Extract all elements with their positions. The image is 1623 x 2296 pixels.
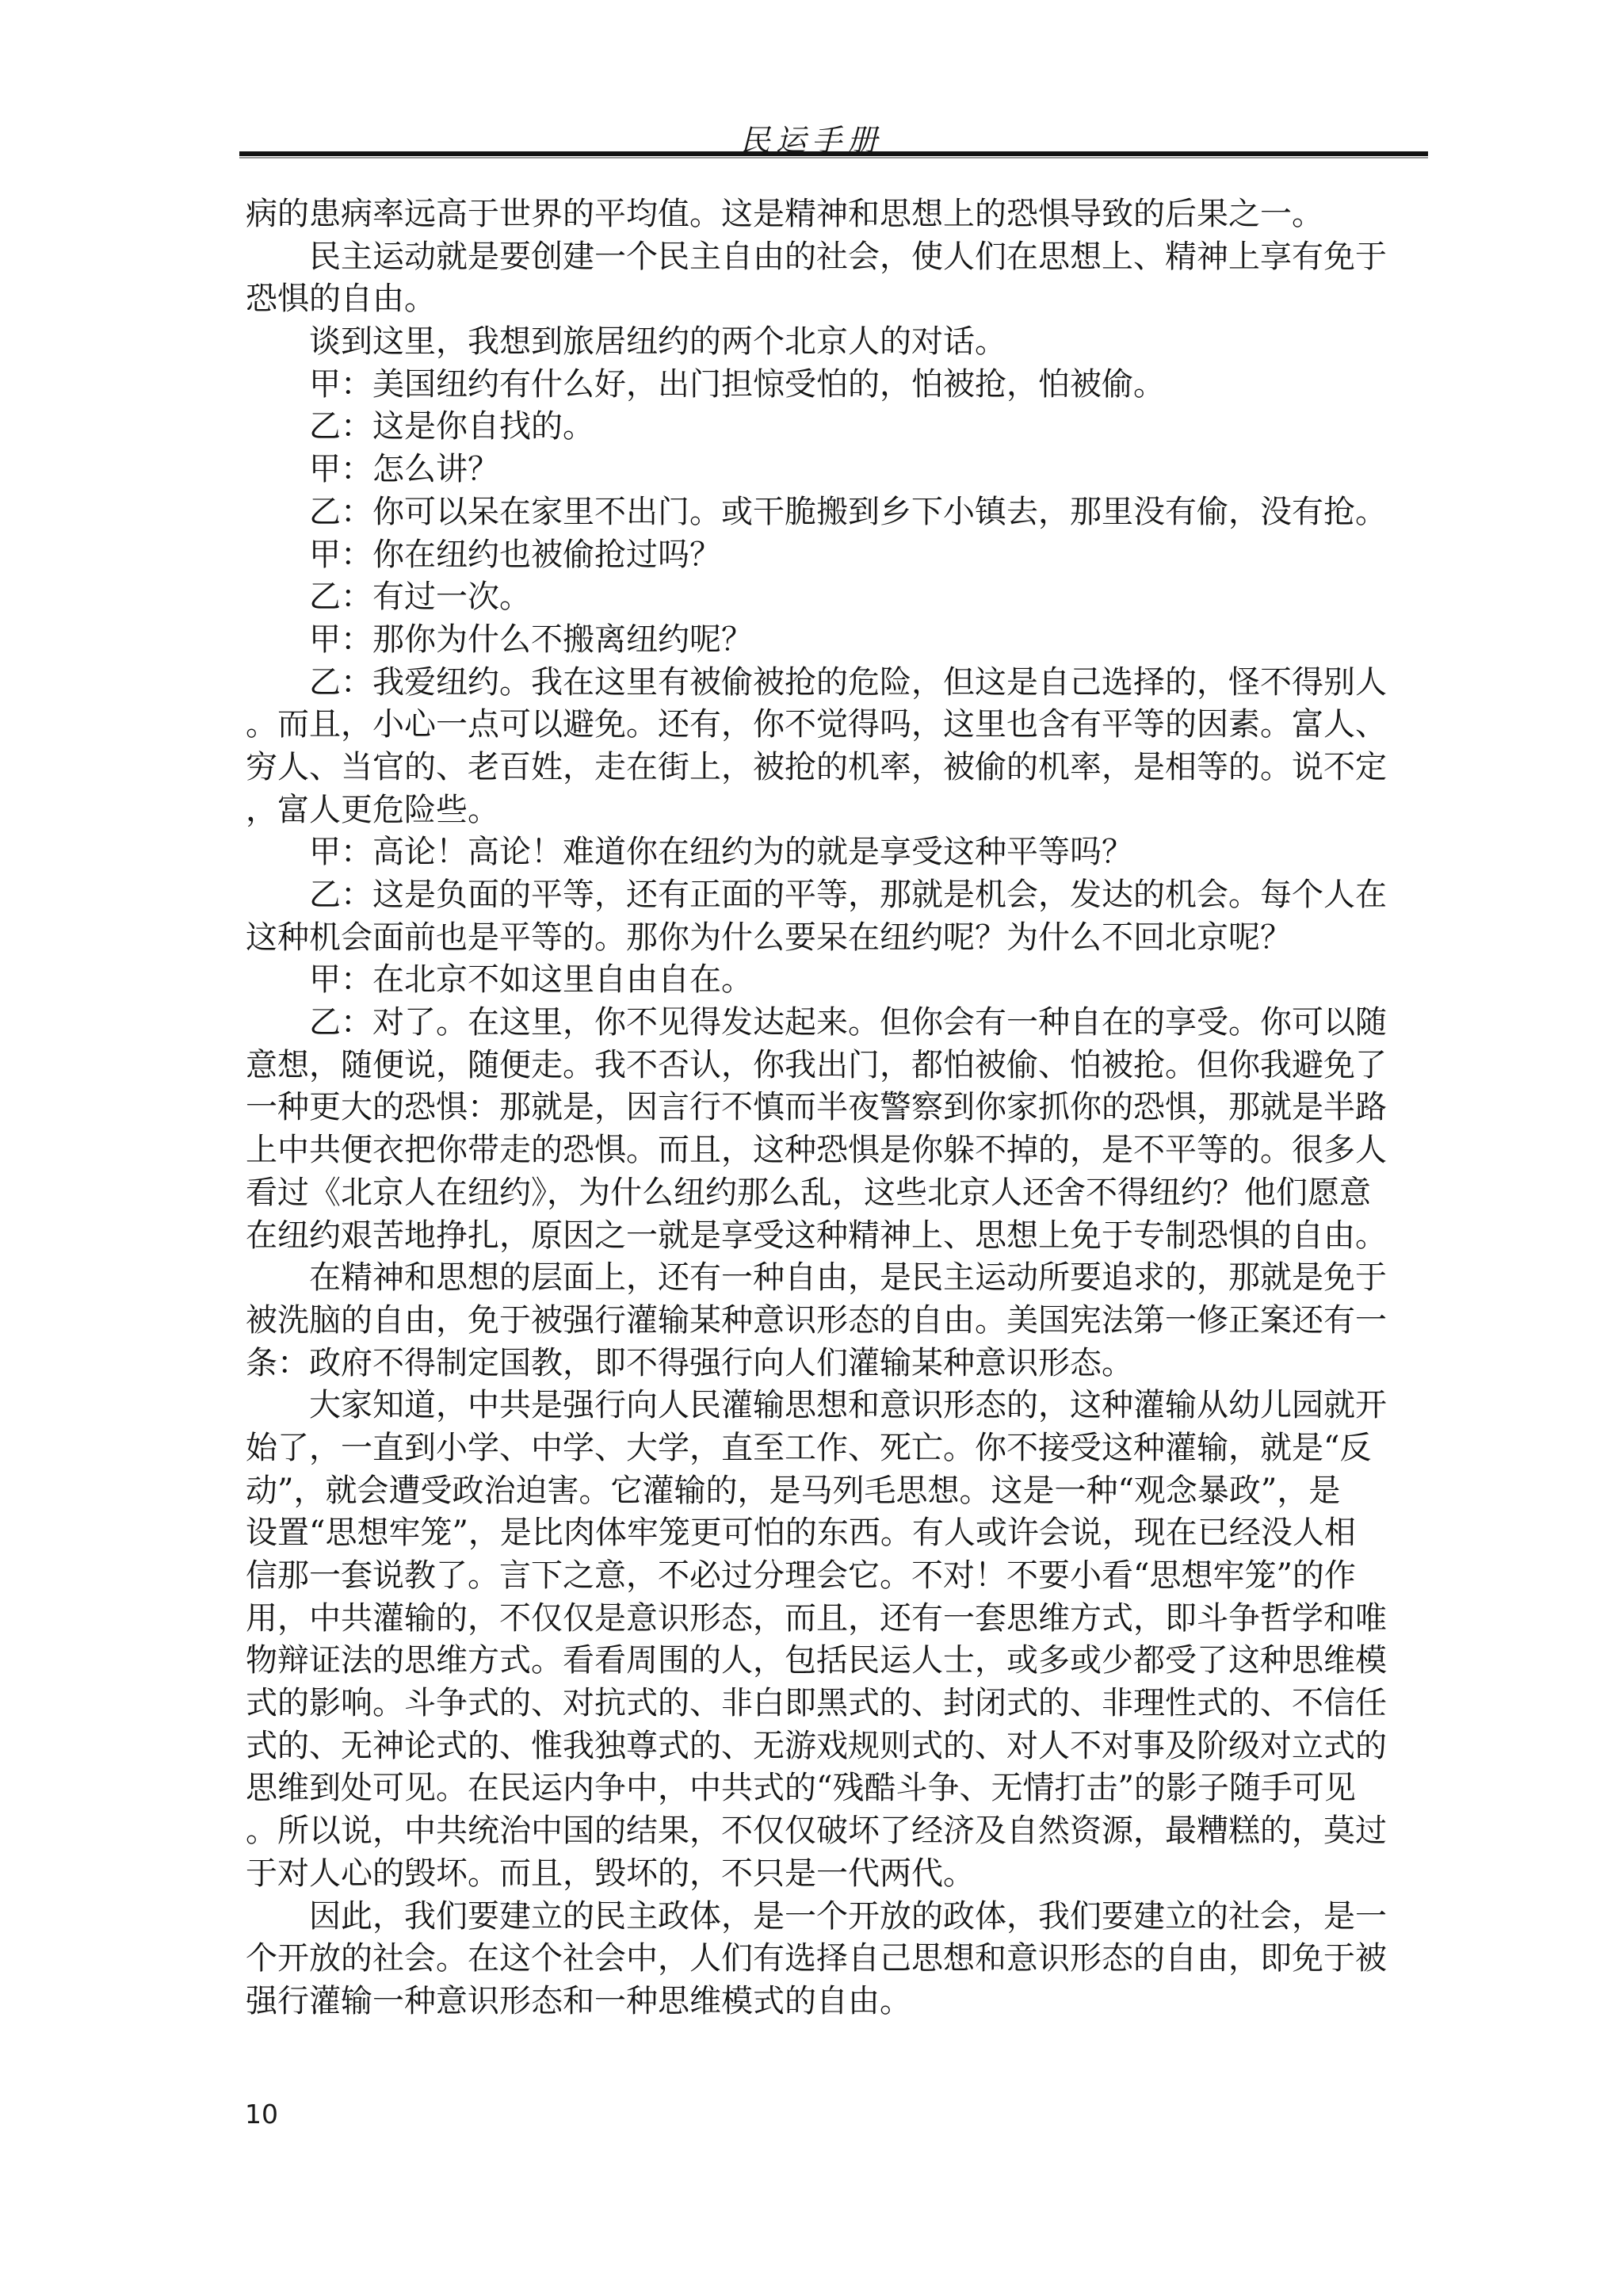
text-line: 用，中共灌输的，不仅仅是意识形态，而且，还有一套思维方式，即斗争哲学和唯: [246, 1598, 1385, 1641]
page-number: 10: [245, 2099, 278, 2130]
text-line: 甲：高论！高论！难道你在纽约为的就是享受这种平等吗？: [246, 831, 1385, 874]
text-line: 。所以说，中共统治中国的结果，不仅仅破坏了经济及自然资源，最糟糕的，莫过: [246, 1810, 1385, 1853]
text-line: 因此，我们要建立的民主政体，是一个开放的政体，我们要建立的社会，是一: [246, 1896, 1385, 1939]
text-line: 恐惧的自由。: [246, 278, 1385, 321]
text-line: 乙：我爱纽约。我在这里有被偷被抢的危险，但这是自己选择的，怪不得别人: [246, 662, 1385, 705]
text-line: 病的患病率远高于世界的平均值。这是精神和思想上的恐惧导致的后果之一。: [246, 193, 1385, 236]
text-line: 甲：你在纽约也被偷抢过吗？: [246, 534, 1385, 577]
text-line: 乙：有过一次。: [246, 576, 1385, 619]
text-line: 这种机会面前也是平等的。那你为什么要呆在纽约呢？为什么不回北京呢？: [246, 917, 1385, 960]
text-line: 民主运动就是要创建一个民主自由的社会，使人们在思想上、精神上享有免于: [246, 236, 1385, 279]
text-line: 乙：你可以呆在家里不出门。或干脆搬到乡下小镇去，那里没有偷，没有抢。: [246, 491, 1385, 534]
text-line: ，富人更危险些。: [246, 789, 1385, 832]
text-line: 于对人心的毁坏。而且，毁坏的，不只是一代两代。: [246, 1853, 1385, 1896]
text-line: 信那一套说教了。言下之意，不必过分理会它。不对！不要小看“思想牢笼”的作: [246, 1555, 1385, 1598]
text-line: 意想，随便说，随便走。我不否认，你我出门，都怕被偷、怕被抢。但你我避免了: [246, 1045, 1385, 1087]
header-divider-thick-line: [239, 151, 1428, 156]
text-line: 谈到这里，我想到旅居纽约的两个北京人的对话。: [246, 321, 1385, 364]
text-line: 乙：这是你自找的。: [246, 406, 1385, 449]
text-line: 式的、无神论式的、惟我独尊式的、无游戏规则式的、对人不对事及阶级对立式的: [246, 1725, 1385, 1768]
body-text: 病的患病率远高于世界的平均值。这是精神和思想上的恐惧导致的后果之一。民主运动就是…: [246, 193, 1385, 2023]
text-line: 在精神和思想的层面上，还有一种自由，是民主运动所要追求的，那就是免于: [246, 1257, 1385, 1300]
text-line: 甲：怎么讲？: [246, 449, 1385, 491]
text-line: 个开放的社会。在这个社会中，人们有选择自己思想和意识形态的自由，即免于被: [246, 1938, 1385, 1981]
text-line: 乙：这是负面的平等，还有正面的平等，那就是机会，发达的机会。每个人在: [246, 874, 1385, 917]
header-divider-thin-line: [239, 157, 1428, 159]
text-line: 大家知道，中共是强行向人民灌输思想和意识形态的，这种灌输从幼儿园就开: [246, 1385, 1385, 1427]
document-page: 民运手册 病的患病率远高于世界的平均值。这是精神和思想上的恐惧导致的后果之一。民…: [0, 0, 1623, 2296]
text-line: 甲：美国纽约有什么好，出门担惊受怕的，怕被抢，怕被偷。: [246, 364, 1385, 407]
text-line: 穷人、当官的、老百姓，走在街上，被抢的机率，被偷的机率，是相等的。说不定: [246, 747, 1385, 789]
text-line: 物辩证法的思维方式。看看周围的人，包括民运人士，或多或少都受了这种思维模: [246, 1640, 1385, 1683]
text-line: 在纽约艰苦地挣扎，原因之一就是享受这种精神上、思想上免于专制恐惧的自由。: [246, 1215, 1385, 1258]
header-divider: [239, 151, 1428, 159]
text-line: 甲：那你为什么不搬离纽约呢？: [246, 619, 1385, 662]
text-line: 。而且，小心一点可以避免。还有，你不觉得吗，这里也含有平等的因素。富人、: [246, 704, 1385, 747]
text-line: 始了，一直到小学、中学、大学，直至工作、死亡。你不接受这种灌输，就是“反: [246, 1427, 1385, 1470]
text-line: 式的影响。斗争式的、对抗式的、非白即黑式的、封闭式的、非理性式的、不信任: [246, 1683, 1385, 1725]
text-line: 条：政府不得制定国教，即不得强行向人们灌输某种意识形态。: [246, 1343, 1385, 1385]
text-line: 思维到处可见。在民运内争中，中共式的“残酷斗争、无情打击”的影子随手可见: [246, 1767, 1385, 1810]
text-line: 设置“思想牢笼”，是比肉体牢笼更可怕的东西。有人或许会说，现在已经没人相: [246, 1512, 1385, 1555]
text-line: 被洗脑的自由，免于被强行灌输某种意识形态的自由。美国宪法第一修正案还有一: [246, 1300, 1385, 1343]
text-line: 动”，就会遭受政治迫害。它灌输的，是马列毛思想。这是一种“观念暴政”，是: [246, 1470, 1385, 1513]
text-line: 强行灌输一种意识形态和一种思维模式的自由。: [246, 1981, 1385, 2023]
text-line: 上中共便衣把你带走的恐惧。而且，这种恐惧是你躲不掉的，是不平等的。很多人: [246, 1129, 1385, 1172]
text-line: 一种更大的恐惧：那就是，因言行不慎而半夜警察到你家抓你的恐惧，那就是半路: [246, 1087, 1385, 1129]
text-line: 看过《北京人在纽约》，为什么纽约那么乱，这些北京人还舍不得纽约？他们愿意: [246, 1172, 1385, 1215]
text-line: 乙：对了。在这里，你不见得发达起来。但你会有一种自在的享受。你可以随: [246, 1002, 1385, 1045]
text-line: 甲：在北京不如这里自由自在。: [246, 959, 1385, 1002]
